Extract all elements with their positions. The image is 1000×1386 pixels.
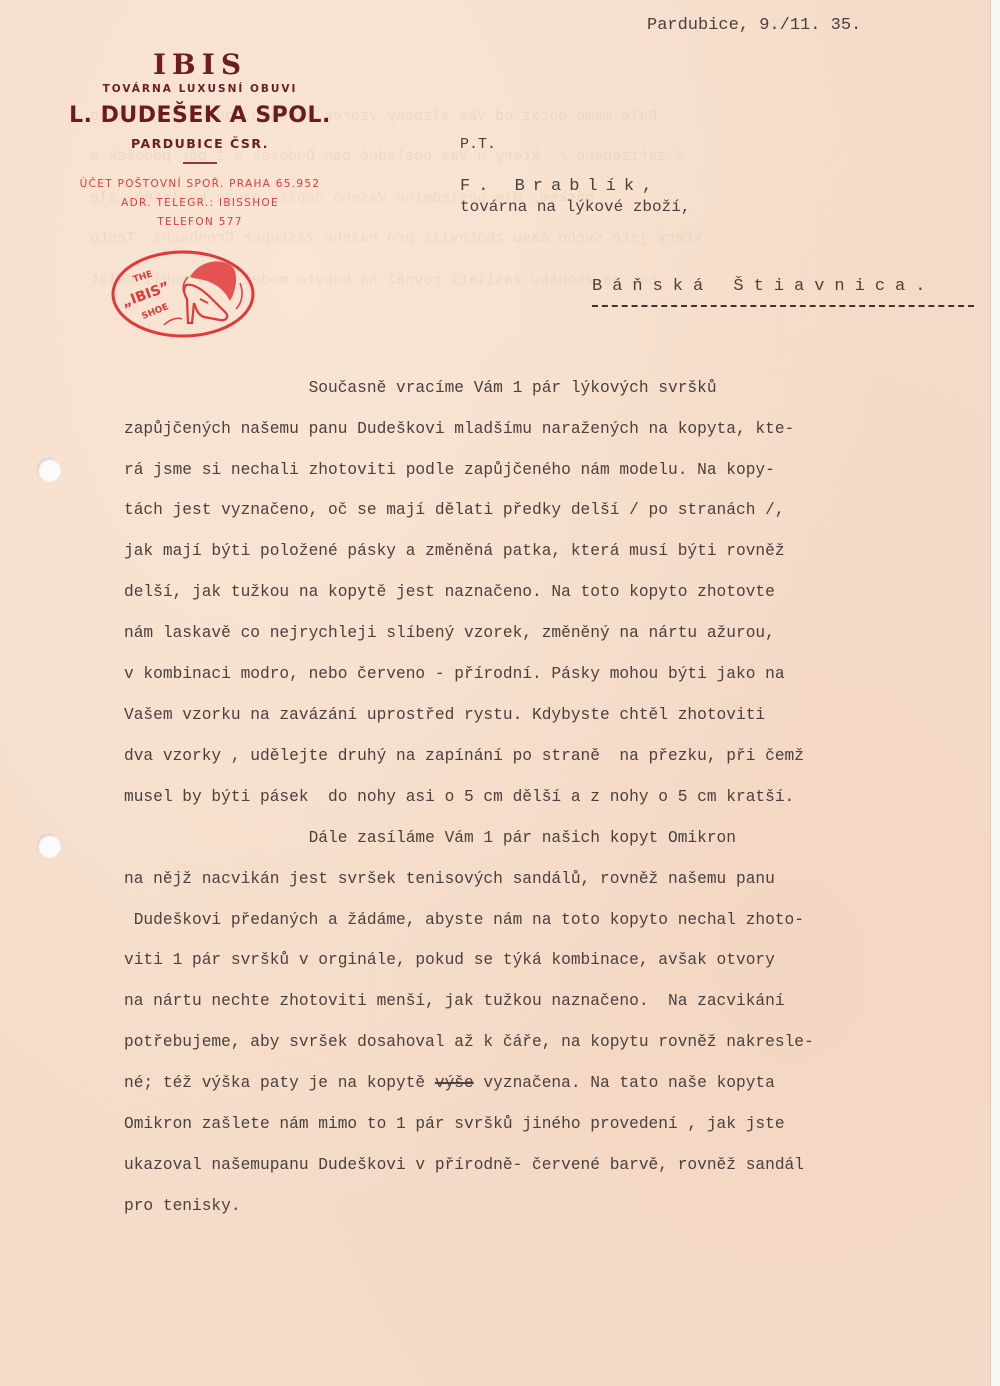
body-line-text: né; též výška paty je na kopytě [124, 1074, 425, 1092]
body-line: tách jest vyznačeno, oč se mají dělati p… [124, 501, 984, 519]
phone-number: TELEFON 577 [40, 216, 360, 228]
body-line: né; též výška paty je na kopytě výše vyz… [124, 1074, 984, 1092]
body-line: Dále zasíláme Vám 1 pár našich kopyt Omi… [124, 829, 984, 847]
body-line: Současně vracíme Vám 1 pár lýkových svrš… [124, 379, 984, 397]
bleed-through-text: který jste svého času zhotovili pro naše… [90, 230, 702, 247]
logo-the-text: THE [132, 269, 154, 285]
struck-word: výše [435, 1074, 474, 1092]
logo-shoe-text: SHOE [141, 302, 171, 322]
punch-hole [37, 458, 61, 482]
body-line: musel by býti pásek do nohy asi o 5 cm d… [124, 788, 984, 806]
company-city: PARDUBICE ČSR. [40, 136, 360, 151]
recipient-business: továrna na lýkové zboží, [460, 198, 690, 216]
body-line: na nártu nechte zhotoviti menší, jak tuž… [124, 992, 984, 1010]
postal-account: ÚČET POŠTOVNÍ SPOŘ. PRAHA 65.952 [40, 178, 360, 190]
body-line: na nějž nacvikán jest svršek tenisových … [124, 870, 984, 888]
city-underline [592, 305, 974, 307]
letterhead-divider [183, 162, 217, 164]
telegraph-address: ADR. TELEGR.: IBISSHOE [40, 197, 360, 209]
body-line: Vašem vzorku na zavázání uprostřed rystu… [124, 706, 984, 724]
letter-page: Dále máme dotaz od Vás slíbený vzorek sa… [0, 0, 991, 1386]
body-line: zapůjčených našemu panu Dudeškovi mladší… [124, 420, 984, 438]
ibis-shoe-logo-icon: THE „IBIS” SHOE [108, 247, 258, 342]
punch-hole [37, 834, 61, 858]
body-line: jak mají býti položené pásky a změněná p… [124, 542, 984, 560]
letter-date: Pardubice, 9./11. 35. [647, 16, 861, 35]
body-line: Dudeškovi předaných a žádáme, abyste nám… [124, 911, 984, 929]
body-line: v kombinaci modro, nebo červeno - přírod… [124, 665, 984, 683]
body-line: viti 1 pár svršků v orginále, pokud se t… [124, 951, 984, 969]
body-line: potřebujeme, aby svršek dosahoval až k č… [124, 1033, 984, 1051]
body-line-text: vyznačena. Na tato naše kopyta [474, 1074, 775, 1092]
body-line: pro tenisky. [124, 1197, 984, 1215]
company-name: L. DUDEŠEK A SPOL. [40, 103, 360, 128]
body-line: Omikron zašlete nám mimo to 1 pár svršků… [124, 1115, 984, 1133]
salutation: P.T. [460, 136, 496, 153]
body-line: rá jsme si nechali zhotoviti podle zapůj… [124, 461, 984, 479]
recipient-name: F. Brablík, [460, 177, 660, 196]
body-line: nám laskavě co nejrychleji slíbený vzore… [124, 624, 984, 642]
body-line: ukazoval našemupanu Dudeškovi v přírodně… [124, 1156, 984, 1174]
letterhead-subtitle: TOVÁRNA LUXUSNÍ OBUVI [40, 83, 360, 95]
recipient-city: Báňská Štiavnica. [592, 277, 935, 296]
brand-logo-text: IBIS [40, 48, 360, 81]
body-line: dva vzorky , udělejte druhý na zapínání … [124, 747, 984, 765]
body-line: delší, jak tužkou na kopytě jest naznače… [124, 583, 984, 601]
